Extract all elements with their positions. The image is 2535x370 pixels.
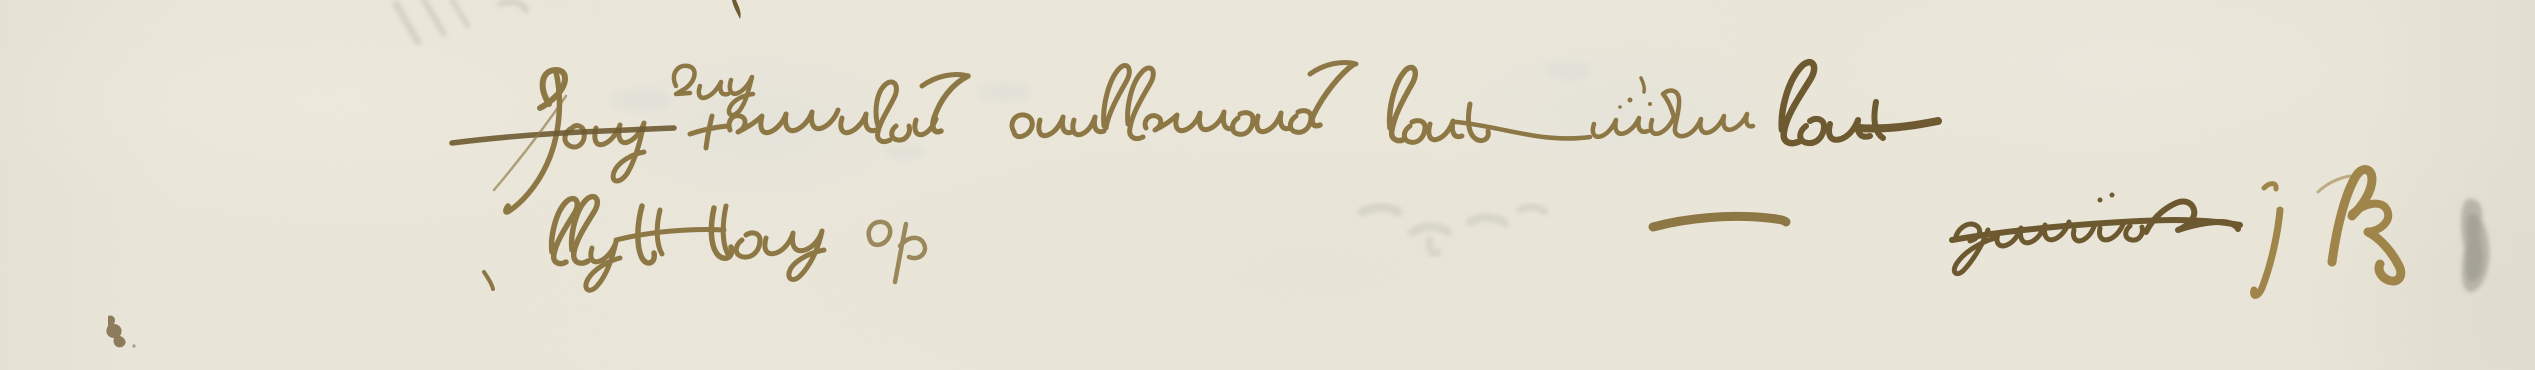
i-dot bbox=[1618, 105, 1622, 109]
i-dot bbox=[1648, 102, 1652, 106]
speck-dot bbox=[132, 344, 135, 347]
paper-grain-texture bbox=[0, 0, 2535, 370]
bleed-patch bbox=[885, 144, 925, 160]
bleed-patch bbox=[1544, 60, 1592, 80]
i-dot bbox=[2098, 198, 2103, 203]
bleed-patch bbox=[979, 82, 1031, 102]
manuscript-scan: Heij zuij verandert oudemans lant — in d… bbox=[0, 0, 2535, 370]
bleed-mark bbox=[1362, 207, 1398, 212]
i-dot bbox=[1628, 98, 1633, 103]
bleed-patch bbox=[610, 88, 670, 112]
i-dot bbox=[2110, 193, 2115, 198]
handwriting-layer bbox=[0, 0, 2535, 370]
